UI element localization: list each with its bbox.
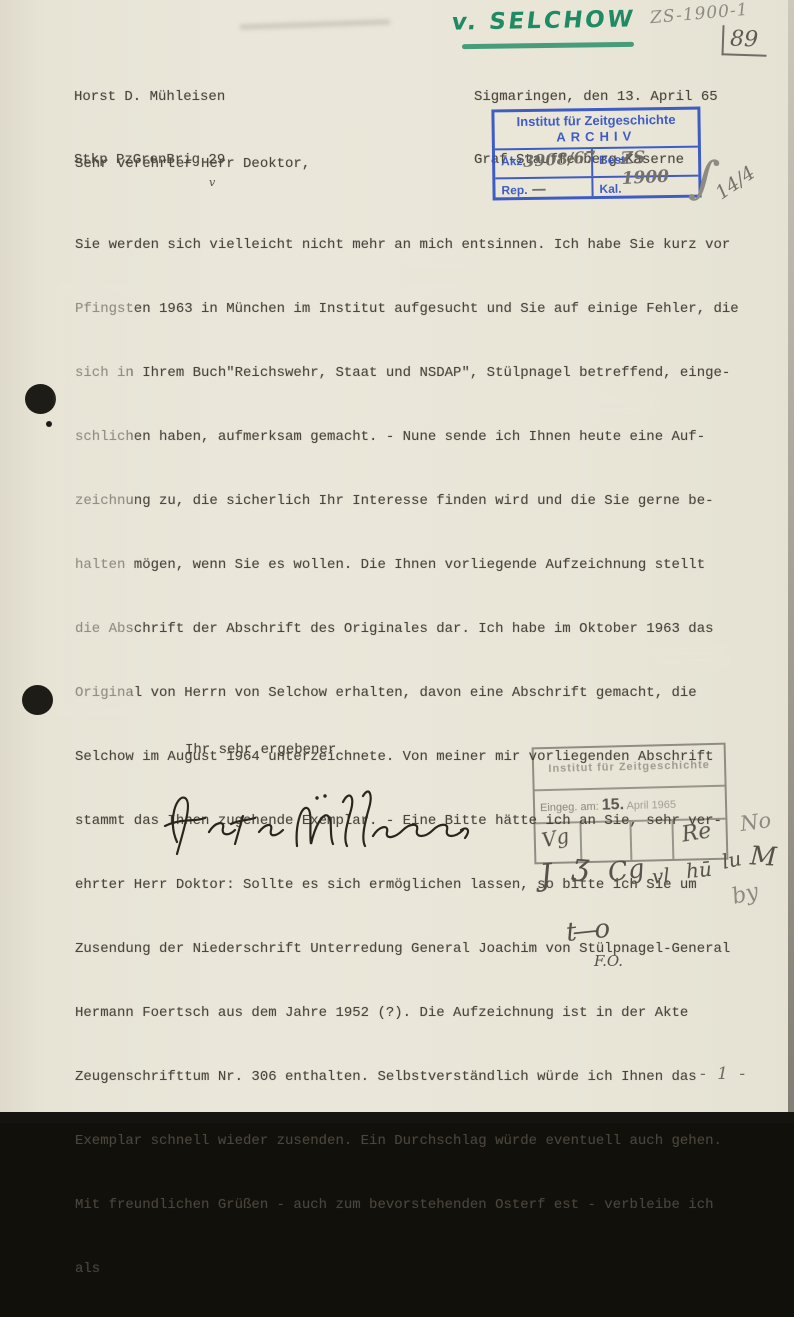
ink-speck [46, 421, 52, 427]
sender-block: Horst D. Mühleisen Stkp PzGrenBrig 29 [74, 50, 225, 208]
page-number: - 1 - [700, 1064, 748, 1084]
letter-line: schlichen haben, aufmerksam gemacht. - N… [75, 421, 739, 453]
receipt-day: 15. [602, 796, 625, 814]
sender-name: Horst D. Mühleisen [74, 82, 225, 113]
letter-line: Pfingsten 1963 in München im Institut au… [75, 293, 739, 325]
zs-number-pencil: ZS-1900-1 [649, 0, 749, 28]
initial-scribble: Ʒ [571, 853, 590, 889]
letter-body: Sie werden sich vielleicht nicht mehr an… [75, 197, 739, 1123]
fo-scribble: F.O. [594, 952, 623, 970]
eingeg-label: Eingeg. am: [540, 801, 599, 814]
initial-scribble: M [749, 841, 777, 872]
receipt-month-year: April 1965 [626, 799, 676, 812]
initial-scribble: hū [685, 857, 713, 884]
initial-scribble: by [729, 879, 761, 910]
scan-edge-right [788, 0, 794, 1123]
kal-cell: Kal. [593, 177, 698, 196]
punch-hole [25, 384, 56, 414]
receipt-stamp-title: Institut für Zeitgeschichte [534, 745, 725, 792]
letter-line: Hermann Foertsch aus dem Jahre 1952 (?).… [75, 997, 739, 1029]
letter-line: halten mögen, wenn Sie es wollen. Die Ih… [75, 549, 739, 581]
re-handwritten: Re [680, 818, 713, 847]
punch-hole [22, 685, 53, 715]
to-scribble: t—o [565, 914, 608, 948]
letter-line: sich in Ihrem Buch"Reichswehr, Staat und… [75, 357, 739, 389]
salutation: Sehr verehrter Herr Deoktor, [75, 156, 310, 172]
best-cell: Best. ZS 1900 [593, 148, 698, 176]
folio-number: 89 [721, 25, 767, 57]
rep-handwritten-value: — [531, 180, 546, 198]
archive-stamp-title: Institut für Zeitgeschichte [494, 112, 697, 131]
correction-mark: v [209, 176, 215, 189]
archive-stamp: Institut für Zeitgeschichte ARCHIV Akz. … [491, 107, 701, 201]
scan-edge-bottom [0, 1112, 794, 1123]
closing-line: Ihr sehr ergebener [185, 742, 336, 758]
letter-line: die Abschrift der Abschrift des Original… [75, 613, 739, 645]
receipt-date-row: Eingeg. am: 15. April 1965 [535, 787, 726, 825]
letter-line: zeichnung zu, die sicherlich Ihr Interes… [75, 485, 739, 517]
selchow-underline [462, 42, 634, 49]
rep-cell: Rep. — [495, 178, 593, 197]
akz-cell: Akz. 3908/67 [495, 149, 593, 177]
initial-scribble: Cg [606, 854, 646, 889]
archive-stamp-header: Institut für Zeitgeschichte ARCHIV [494, 110, 698, 151]
archive-stamp-subtitle: ARCHIV [495, 128, 698, 147]
receipt-cell-4: Re [674, 820, 726, 859]
akz-handwritten-value: 3908/67 [523, 147, 597, 171]
initial-scribble: vl [651, 863, 670, 888]
letter-line: Zusendung der Niederschrift Unterredung … [75, 933, 739, 965]
receipt-stamp: Institut für Zeitgeschichte Eingeg. am: … [532, 743, 729, 865]
letter-line: Zeugenschrifttum Nr. 306 enthalten. Selb… [75, 1061, 739, 1093]
vg-handwritten: Vg [540, 823, 571, 852]
initial-scribble: lu [720, 846, 744, 873]
smudge-mark [240, 19, 390, 29]
signature: Horst Mühleisen [155, 778, 475, 868]
scanned-letter-page: v. SELCHOW ZS-1900-1 89 Horst D. Mühleis… [0, 0, 794, 1123]
no-pencil-note: No [738, 808, 772, 836]
kal-label: Kal. [599, 182, 621, 196]
rep-label: Rep. [501, 183, 527, 197]
letter-line: Original von Herrn von Selchow erhalten,… [75, 677, 739, 709]
letter-line: Sie werden sich vielleicht nicht mehr an… [75, 229, 739, 261]
selchow-marker-annotation: v. SELCHOW [450, 6, 636, 35]
